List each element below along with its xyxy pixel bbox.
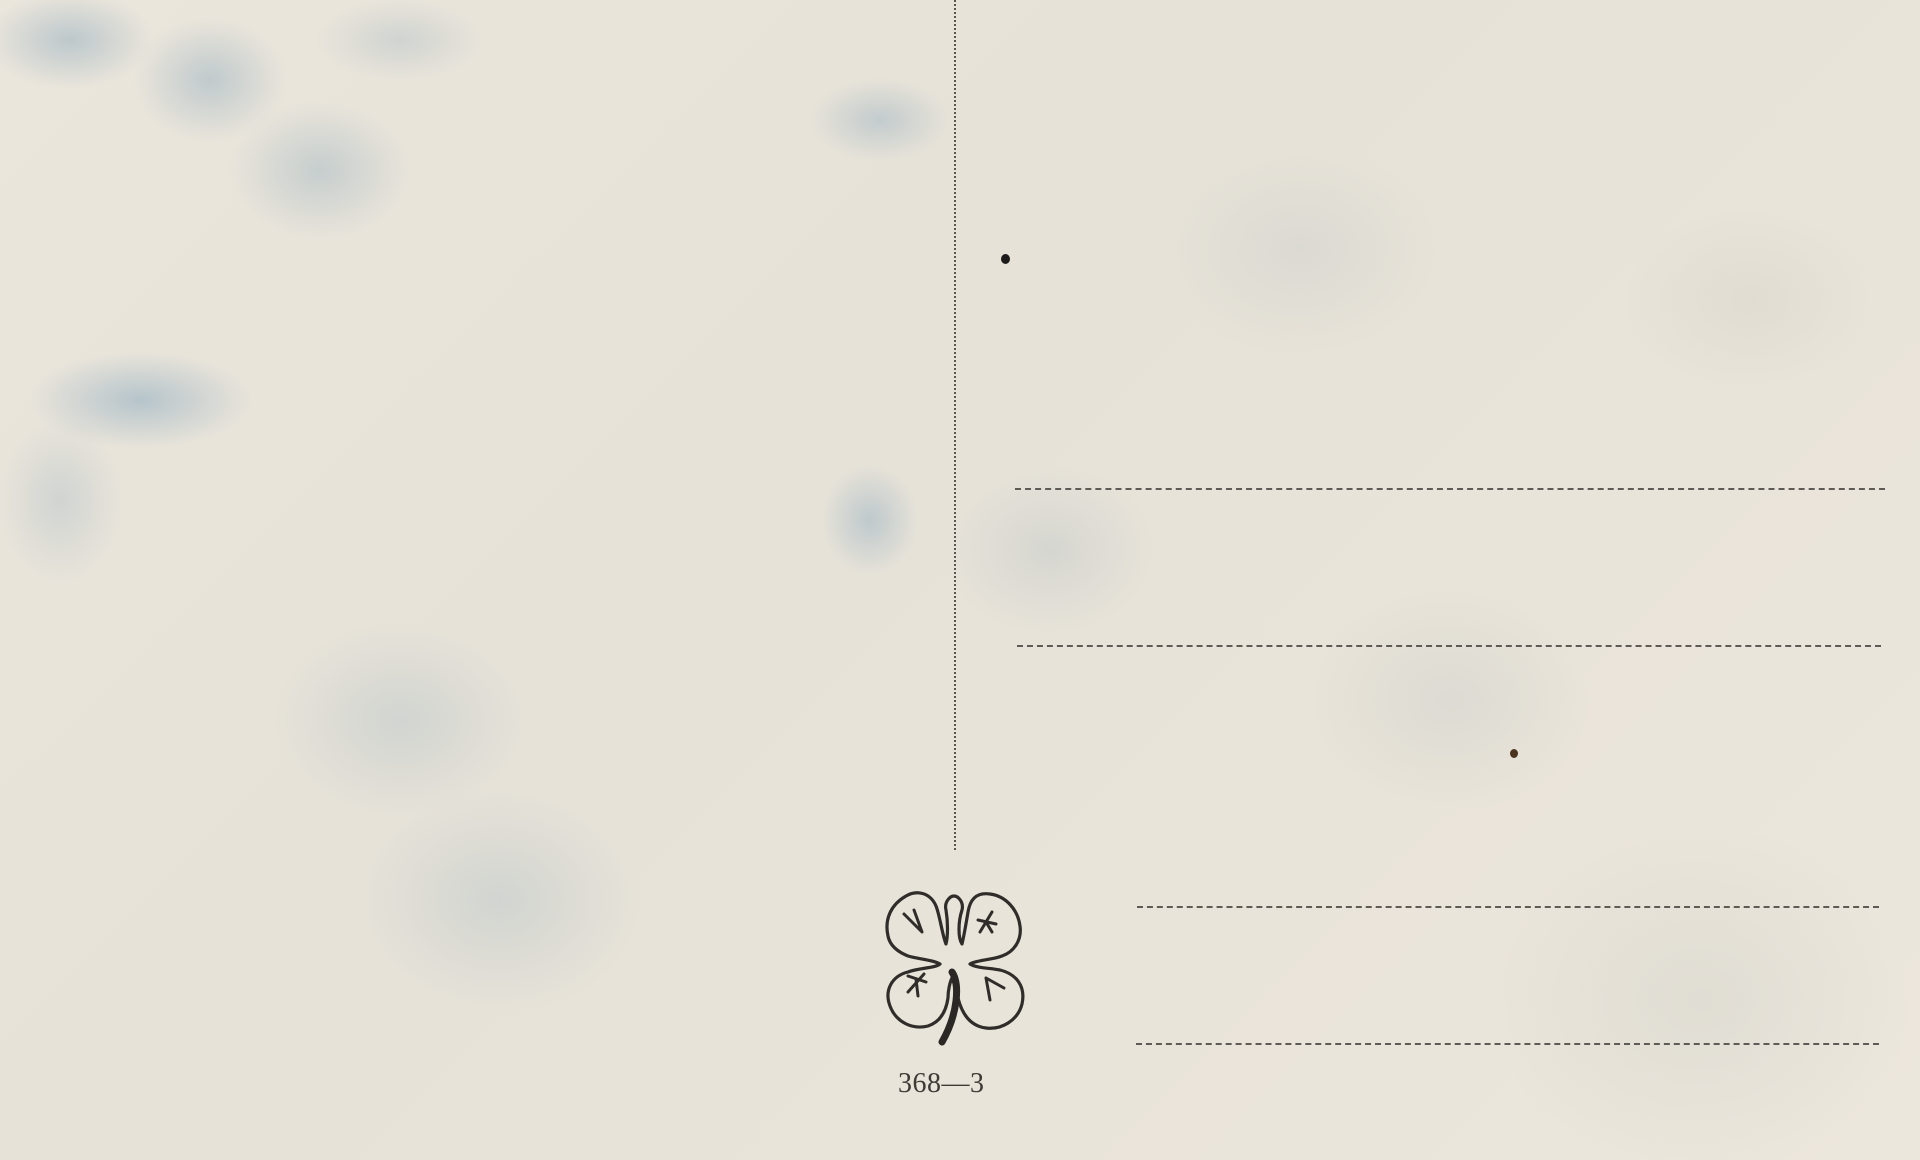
- address-line-3: [1137, 906, 1879, 908]
- divider-line: [954, 0, 956, 850]
- address-line-2: [1017, 645, 1881, 647]
- address-line-4: [1136, 1043, 1879, 1045]
- serial-number: 368—3: [898, 1068, 985, 1100]
- four-leaf-clover-icon: [878, 874, 1030, 1052]
- ink-speck: [1001, 254, 1010, 264]
- address-line-1: [1015, 488, 1885, 490]
- postcard-back: 368—3: [0, 0, 1920, 1160]
- ink-speck: [1510, 749, 1518, 758]
